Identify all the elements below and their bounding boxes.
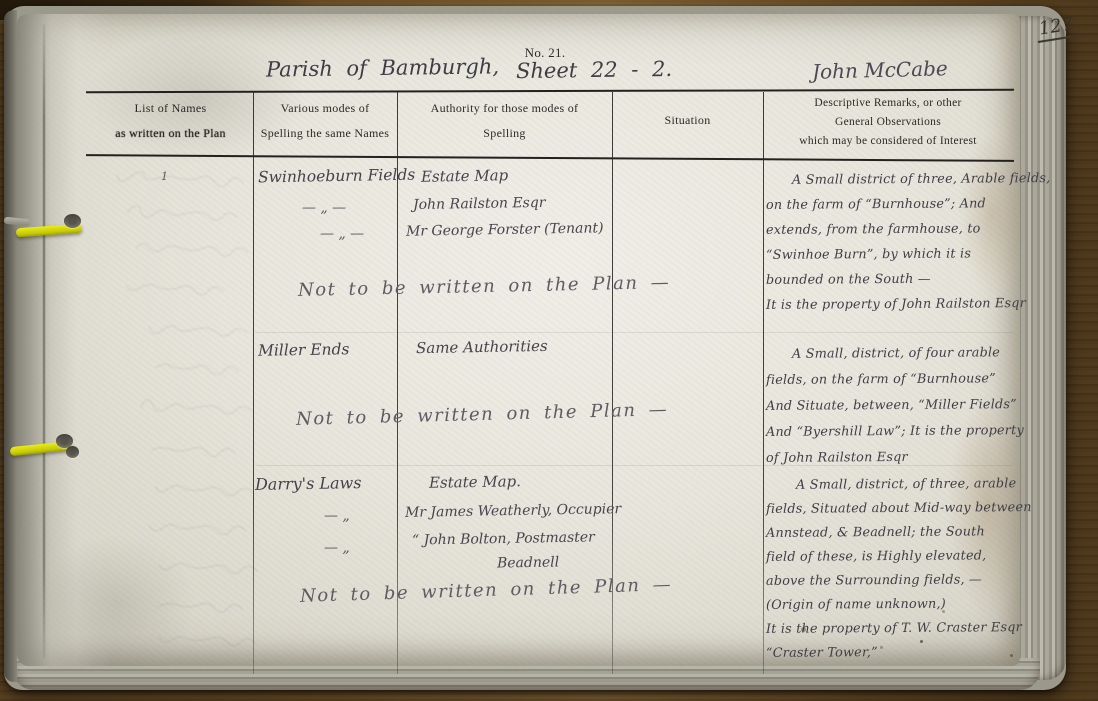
col-names-header-line1: List of Names (88, 101, 253, 116)
remark-line: fields, on the farm of “Burnhouse” (766, 366, 1022, 394)
book-cover-edge (4, 10, 17, 682)
remark-line: And “Byershill Law”; It is the property (766, 418, 1022, 446)
remark-line: Annstead, & Beadnell; the South (766, 520, 1022, 546)
col-spelling-header-line2: Spelling the same Names (253, 126, 397, 141)
ditto-mark: — „ — (302, 200, 346, 216)
remark-line: on the farm of “Burnhouse”; And (766, 191, 1022, 218)
column-divider (253, 92, 254, 674)
col-names-header-line2: as written on the Plan (88, 126, 253, 141)
authority-line: “ John Bolton, Postmaster (412, 529, 595, 548)
ink-specks (920, 640, 923, 643)
remark-line: (Origin of name unknown,) (766, 592, 1022, 618)
authority-line: Same Authorities (416, 337, 548, 357)
ditto-mark: — „ (324, 540, 350, 556)
remark-line: A Small, district, of three, arable (796, 472, 1022, 498)
folio-number: 127 (1034, 13, 1078, 43)
binding-crease-line (43, 24, 45, 658)
remark-line: It is the property of John Railston Esqr (766, 291, 1022, 318)
col-spelling-header-line1: Various modes of (253, 101, 397, 116)
entry-name: Swinhoeburn Fields (258, 166, 416, 187)
authority-line: Beadnell (497, 554, 559, 571)
stitch-hole (64, 214, 81, 228)
stitch-grommet (66, 446, 79, 458)
col-authority-header-line2: Spelling (397, 126, 612, 141)
remarks-block: A Small, district, of three, arable fiel… (766, 473, 1022, 665)
remark-line: And Situate, between, “Miller Fields” (766, 392, 1022, 420)
col-situation-header: Situation (612, 113, 763, 128)
remark-line: It is the property of T. W. Craster Esqr (766, 616, 1022, 642)
parish-title: Parish of Bamburgh, (266, 54, 499, 81)
column-divider (763, 92, 764, 674)
remark-line: “Swinhoe Burn”, by which it is (766, 241, 1022, 268)
col-remarks-header-line3: which may be considered of Interest (763, 135, 1013, 147)
ditto-mark: — „ — (320, 226, 364, 242)
remark-line: field of these, is Highly elevated, (766, 544, 1022, 570)
bleed-through-writing (81, 165, 266, 663)
feint-row-line (255, 332, 1012, 333)
examiner-signature: John McCabe (812, 56, 948, 84)
entry-name: Miller Ends (258, 340, 350, 360)
authority-line: Estate Map (421, 166, 509, 186)
remark-line: A Small, district, of four arable (792, 340, 1022, 368)
entry-index-mark: 1 (161, 170, 168, 183)
remark-line: A Small district of three, Arable fields… (792, 166, 1022, 193)
ditto-mark: — „ (324, 508, 350, 524)
remark-line: of John Railston Esqr (766, 444, 1022, 472)
remark-line: bounded on the South — (766, 266, 1022, 293)
sheet-label: Sheet 22 - 2. (516, 57, 672, 83)
page-stack-right-edge (1016, 16, 1066, 680)
authority-line: John Railston Esqr (413, 195, 546, 213)
col-authority-header-line1: Authority for those modes of (397, 101, 612, 116)
remarks-block: A Small, district, of four arable fields… (766, 341, 1022, 471)
remark-line: extends, from the farmhouse, to (766, 216, 1022, 243)
col-remarks-header-line1: Descriptive Remarks, or other (763, 97, 1013, 109)
authority-line: Estate Map. (429, 472, 521, 492)
remark-line: “Craster Tower,” (766, 640, 1022, 666)
entry-name: Darry's Laws (255, 473, 362, 494)
remarks-block: A Small district of three, Arable fields… (766, 167, 1022, 317)
col-remarks-header-line2: General Observations (763, 116, 1013, 128)
remark-line: above the Surrounding fields, — (766, 568, 1022, 594)
remark-line: fields, Situated about Mid-way between (766, 496, 1022, 522)
